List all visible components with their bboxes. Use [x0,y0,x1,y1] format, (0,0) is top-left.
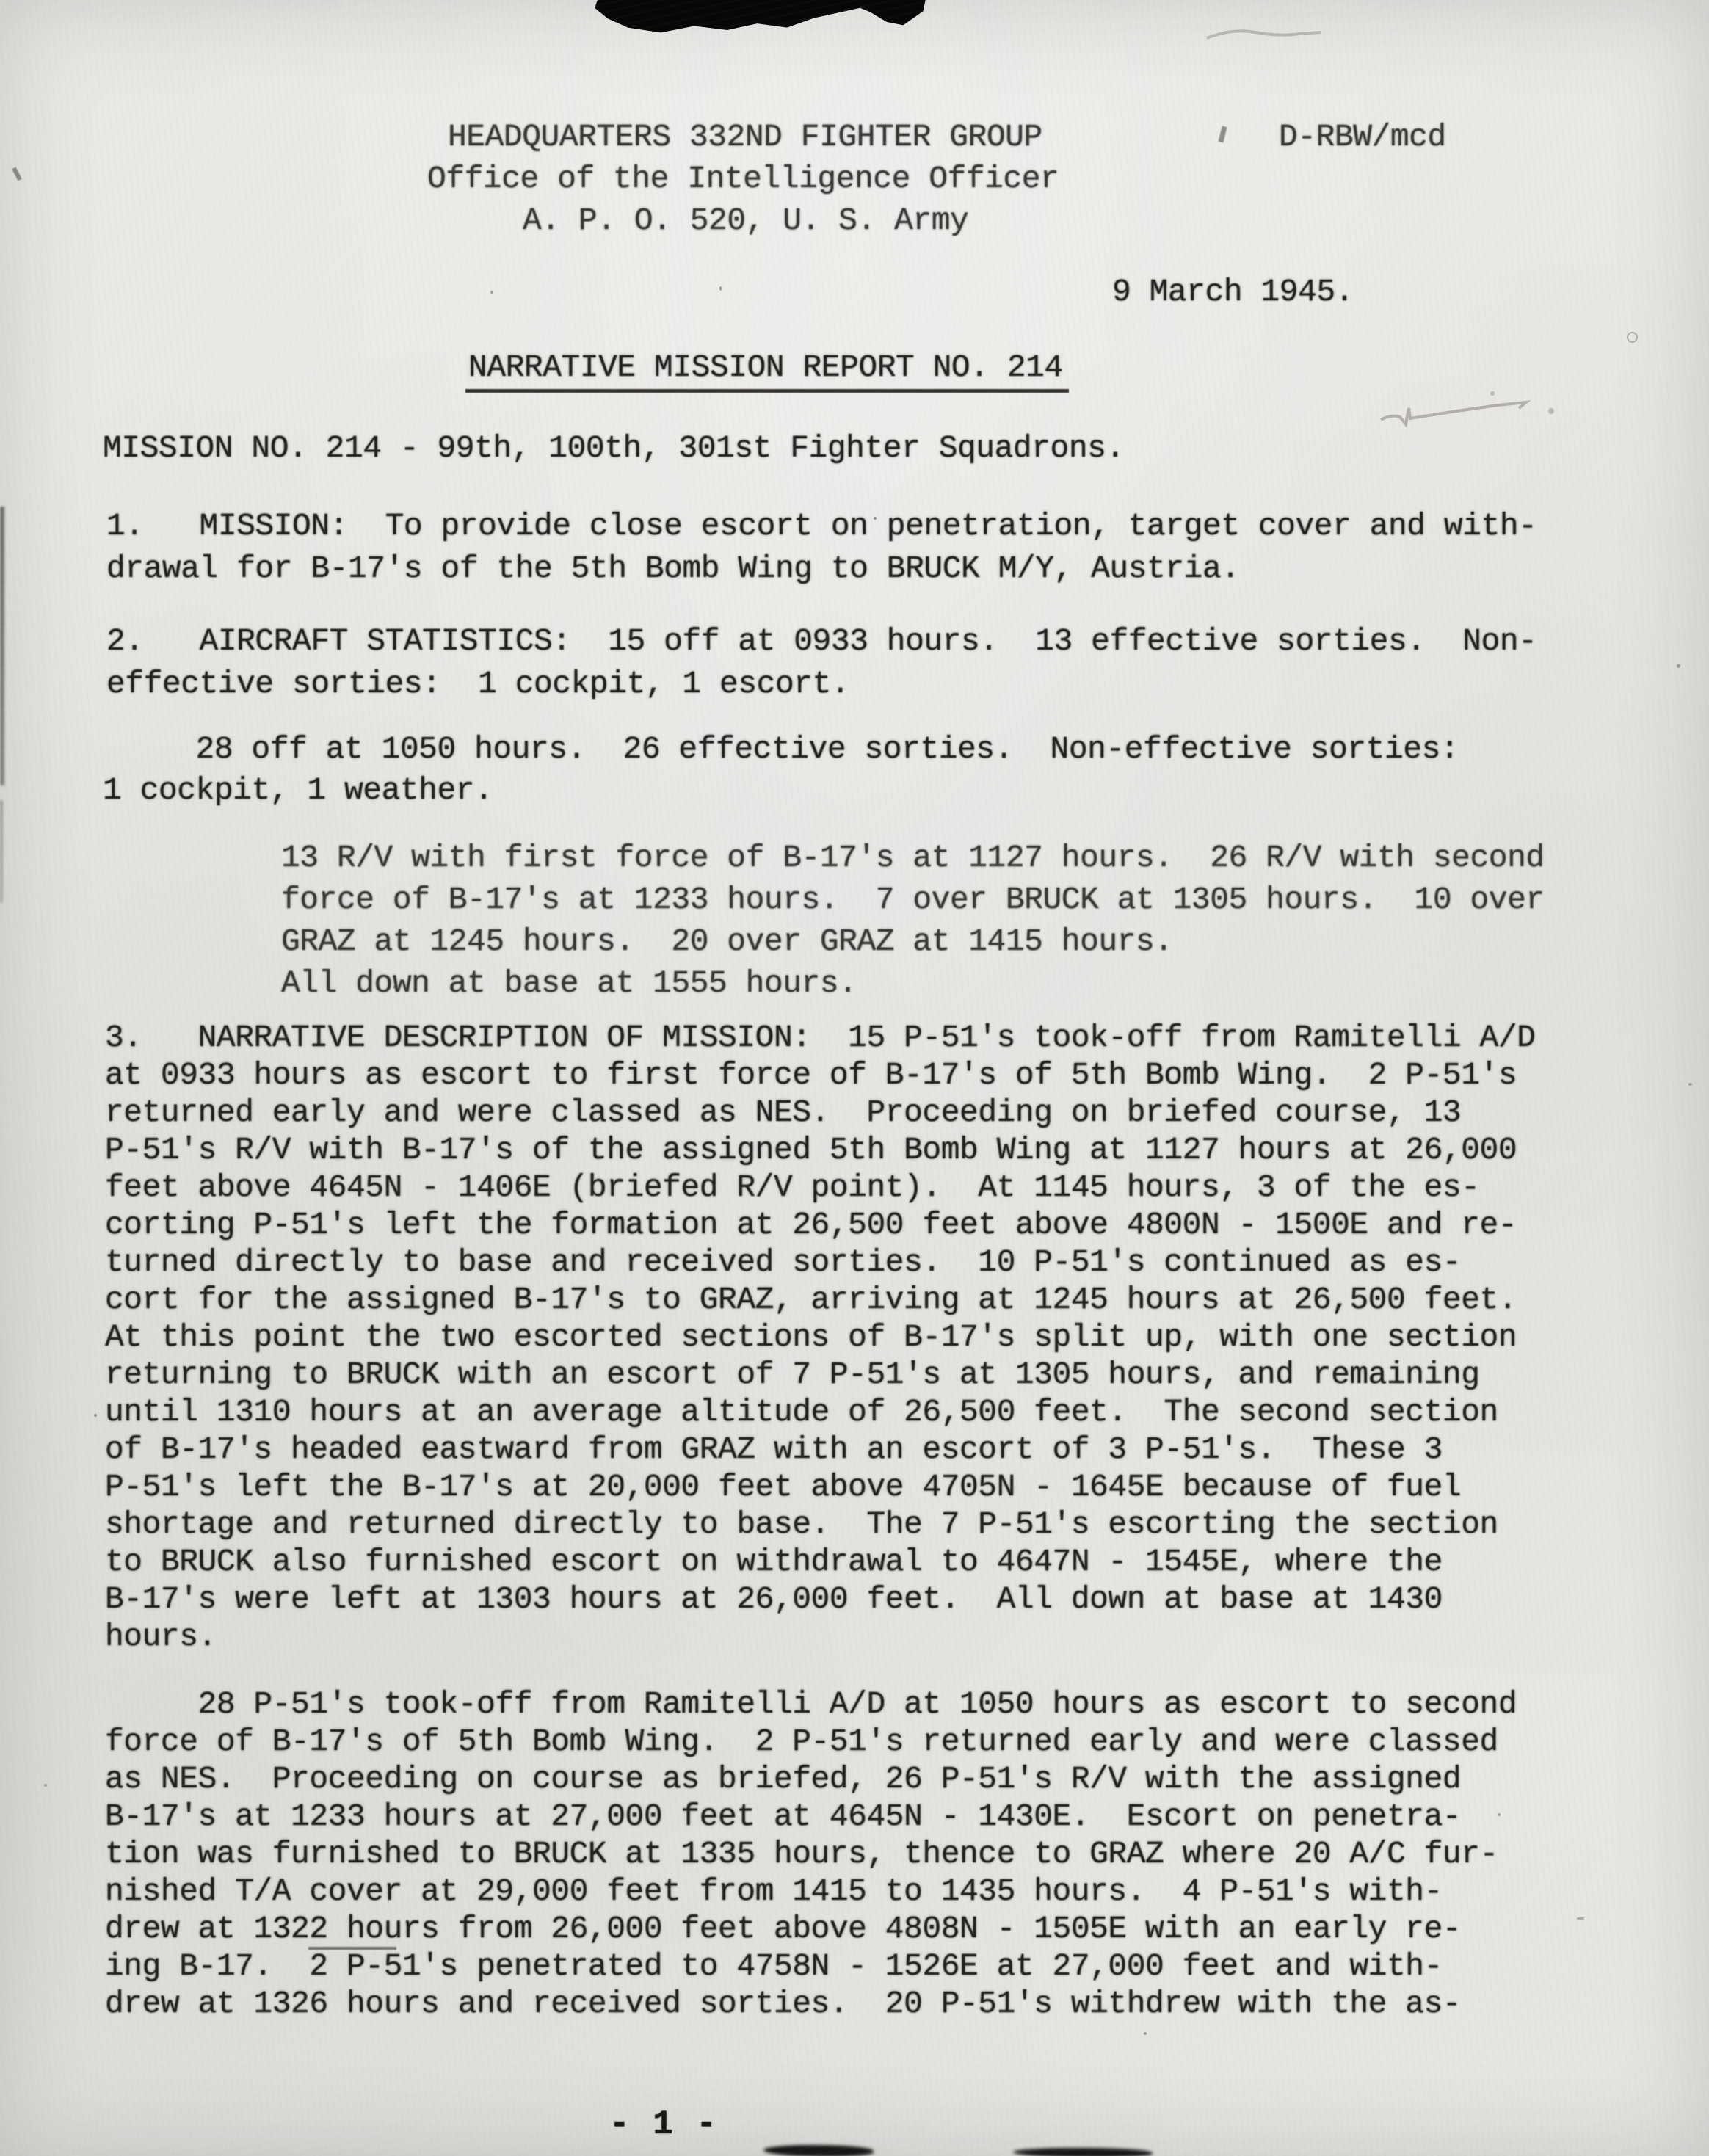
statistics-paragraph-2: 28 off at 1050 hours. 26 effective sorti… [103,729,1459,811]
section-narrative-paragraph-2: 28 P-51's took-off from Ramitelli A/D at… [105,1685,1517,2022]
text-line: B-17's were left at 1303 hours at 26,000… [105,1580,1535,1618]
text-line: effective sorties: 1 cockpit, 1 escort. [106,663,1536,705]
paper-speck [393,985,396,989]
paper-speck [1144,2032,1147,2035]
ink-blot [595,0,926,37]
report-title: NARRATIVE MISSION REPORT NO. 214 [468,349,1069,393]
header-line-apo: A. P. O. 520, U. S. Army [523,203,968,239]
scanned-document-page: HEADQUARTERS 332ND FIGHTER GROUP Office … [0,0,1709,2156]
header-line-office: Office of the Intelligence Officer [427,161,1059,197]
document-date: 9 March 1945. [1112,274,1354,311]
text-line: P-51's R/V with B-17's of the assigned 5… [105,1131,1535,1169]
text-line: 1. MISSION: To provide close escort on p… [106,505,1536,548]
paper-speck [1688,1083,1692,1086]
text-line: B-17's at 1233 hours at 27,000 feet at 4… [105,1798,1517,1835]
text-line: ing B-17. 2 P-51's penetrated to 4758N -… [105,1948,1517,1985]
text-line: HEADQUARTERS 332ND FIGHTER GROUP [448,119,1042,156]
paper-edge-streak [0,800,3,903]
section-mission: 1. MISSION: To provide close escort on p… [106,505,1536,590]
text-line: All down at base at 1555 hours. [281,962,1545,1004]
paper-speck [1627,332,1638,343]
section-narrative-paragraph-1: 3. NARRATIVE DESCRIPTION OF MISSION: 15 … [105,1019,1535,1655]
page-number: - 1 - [609,2105,718,2144]
section-aircraft-statistics: 2. AIRCRAFT STATISTICS: 15 off at 0933 h… [106,620,1536,705]
text-line: nished T/A cover at 29,000 feet from 141… [105,1873,1517,1910]
text-line: MISSION NO. 214 - 99th, 100th, 301st Fig… [103,430,1125,467]
mission-number-line: MISSION NO. 214 - 99th, 100th, 301st Fig… [103,430,1125,467]
text-line: corting P-51's left the formation at 26,… [105,1206,1535,1244]
text-line: 28 off at 1050 hours. 26 effective sorti… [103,729,1459,770]
pencil-mark [1204,13,1329,50]
paper-speck [1498,1813,1501,1816]
text-line: drew at 1326 hours and received sorties.… [105,1985,1517,2022]
rendezvous-block: 13 R/V with first force of B-17's at 112… [281,837,1545,1004]
paper-speck [12,167,22,181]
text-line: shortage and returned directly to base. … [105,1506,1535,1543]
text-line: force of B-17's at 1233 hours. 7 over BR… [281,879,1545,921]
text-line: tion was furnished to BRUCK at 1335 hour… [105,1835,1517,1873]
title-text: NARRATIVE MISSION REPORT NO. 214 [465,349,1069,393]
text-line: Office of the Intelligence Officer [427,161,1059,197]
text-line: force of B-17's of 5th Bomb Wing. 2 P-51… [105,1723,1517,1760]
text-line: to BRUCK also furnished escort on withdr… [105,1543,1535,1580]
text-line: 2. AIRCRAFT STATISTICS: 15 off at 0933 h… [106,620,1536,663]
text-line: A. P. O. 520, U. S. Army [523,203,968,239]
paper-speck [490,291,493,294]
bottom-ink-smudge [1013,2148,1153,2156]
text-line: of B-17's headed eastward from GRAZ with… [105,1431,1535,1468]
header-line-org: HEADQUARTERS 332ND FIGHTER GROUP [448,119,1042,156]
text-line: turned directly to base and received sor… [105,1244,1535,1281]
text-line: at 0933 hours as escort to first force o… [105,1056,1535,1094]
text-line: D-RBW/mcd [1279,119,1446,156]
text-line: 3. NARRATIVE DESCRIPTION OF MISSION: 15 … [105,1019,1535,1056]
text-line: hours. [105,1618,1535,1655]
paper-edge-streak [0,507,4,785]
text-line: GRAZ at 1245 hours. 20 over GRAZ at 1415… [281,921,1545,962]
bottom-ink-smudge [763,2145,874,2156]
paper-speck [242,1562,245,1565]
text-line: 9 March 1945. [1112,274,1354,311]
text-line: drew at 1322 hours from 26,000 feet abov… [105,1910,1517,1948]
text-line: as NES. Proceeding on course as briefed,… [105,1760,1517,1798]
text-line: returned early and were classed as NES. … [105,1094,1535,1131]
text-line: 1 cockpit, 1 weather. [103,770,1459,811]
text-line: 28 P-51's took-off from Ramitelli A/D at… [105,1685,1517,1723]
text-line: drawal for B-17's of the 5th Bomb Wing t… [106,548,1536,590]
text-line: 13 R/V with first force of B-17's at 112… [281,837,1545,879]
paper-speck [1677,664,1680,668]
text-line: cort for the assigned B-17's to GRAZ, ar… [105,1281,1535,1318]
text-line: P-51's left the B-17's at 20,000 feet ab… [105,1468,1535,1506]
paper-speck [719,286,722,291]
text-line: feet above 4645N - 1406E (briefed R/V po… [105,1169,1535,1206]
paper-speck [1577,1917,1584,1920]
pencil-mark [1376,382,1560,433]
paper-speck [44,1784,47,1787]
text-line: At this point the two escorted sections … [105,1318,1535,1356]
reference-initials: D-RBW/mcd [1279,119,1446,156]
paper-speck [874,517,877,520]
typewriter-overstrike-line [308,1947,396,1950]
text-line: until 1310 hours at an average altitude … [105,1393,1535,1431]
text-line: returning to BRUCK with an escort of 7 P… [105,1356,1535,1393]
paper-speck [94,1414,97,1417]
stray-ink-tick [1218,126,1227,142]
